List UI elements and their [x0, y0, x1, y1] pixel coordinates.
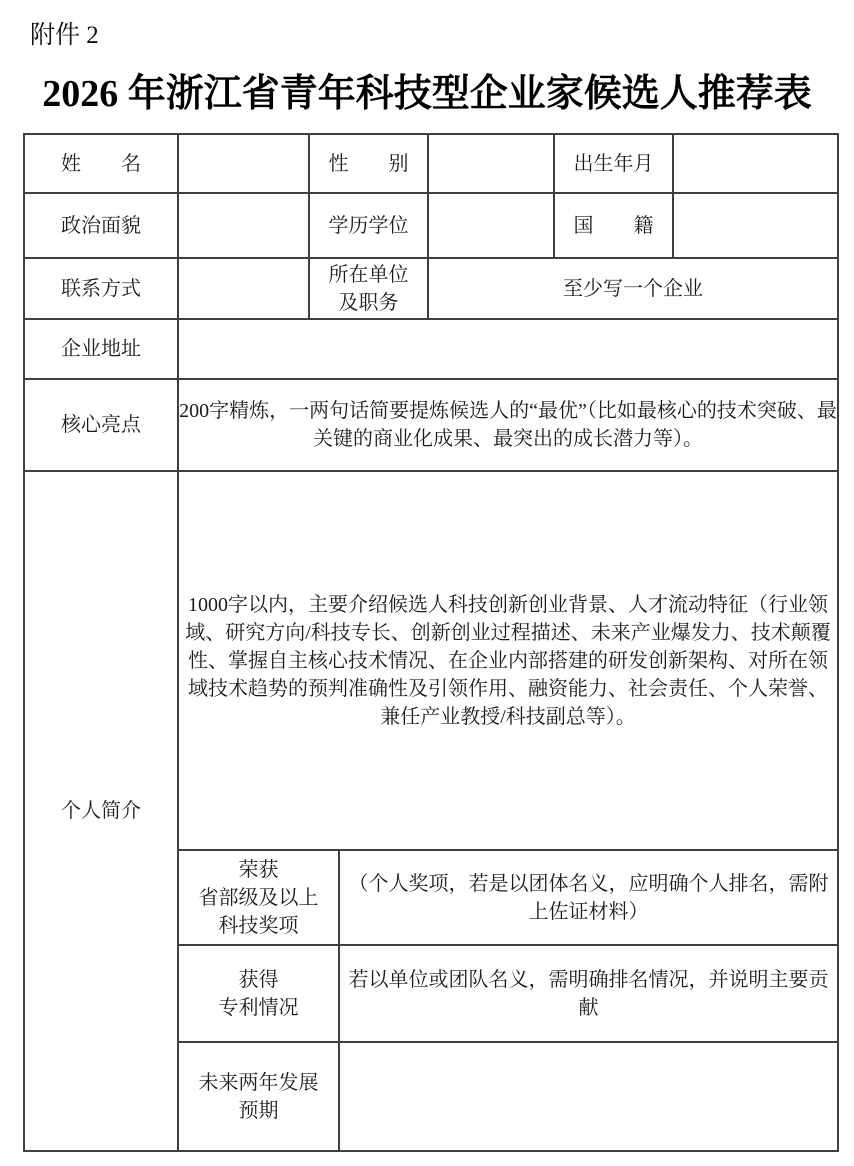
- nationality-label: 国 籍: [554, 193, 673, 258]
- political-status-field[interactable]: [178, 193, 309, 258]
- profile-sub-table: 1000字以内，主要介绍候选人科技创新创业背景、人才流动特征（行业领域、研究方向…: [179, 472, 837, 1150]
- table-row: 姓 名 性 别 出生年月: [24, 134, 838, 193]
- attachment-label: 附件 2: [30, 20, 99, 52]
- education-degree-field[interactable]: [428, 193, 554, 258]
- company-address-label: 企业地址: [24, 319, 178, 379]
- page-title: 2026 年浙江省青年科技型企业家候选人推荐表: [0, 70, 854, 119]
- name-label: 姓 名: [24, 134, 178, 193]
- table-row: 联系方式 所在单位 及职务 至少写一个企业: [24, 258, 838, 319]
- core-highlights-field[interactable]: 200字精炼，一两句话简要提炼候选人的“最优”（比如最核心的技术突破、最关键的商…: [178, 379, 838, 471]
- awards-label: 荣获 省部级及以上 科技奖项: [179, 850, 339, 945]
- profile-label: 个人简介: [24, 471, 178, 1151]
- birth-date-field[interactable]: [673, 134, 838, 193]
- recommendation-form-table: 姓 名 性 别 出生年月 政治面貌 学历学位 国 籍 联系方式 所在单位 及职务…: [23, 133, 839, 1152]
- gender-label: 性 别: [309, 134, 428, 193]
- nationality-field[interactable]: [673, 193, 838, 258]
- table-row: 企业地址: [24, 319, 838, 379]
- patents-label: 获得 专利情况: [179, 945, 339, 1042]
- company-address-field[interactable]: [178, 319, 838, 379]
- profile-intro-field[interactable]: 1000字以内，主要介绍候选人科技创新创业背景、人才流动特征（行业领域、研究方向…: [179, 472, 837, 850]
- table-row: 1000字以内，主要介绍候选人科技创新创业背景、人才流动特征（行业领域、研究方向…: [179, 472, 837, 850]
- table-row: 核心亮点 200字精炼，一两句话简要提炼候选人的“最优”（比如最核心的技术突破、…: [24, 379, 838, 471]
- table-row: 获得 专利情况 若以单位或团队名义，需明确排名情况，并说明主要贡献: [179, 945, 837, 1042]
- name-field[interactable]: [178, 134, 309, 193]
- patents-field[interactable]: 若以单位或团队名义，需明确排名情况，并说明主要贡献: [339, 945, 837, 1042]
- work-unit-label: 所在单位 及职务: [309, 258, 428, 319]
- table-row: 个人简介 1000字以内，主要介绍候选人科技创新创业背景、人才流动特征（行业领域…: [24, 471, 838, 1151]
- table-row: 荣获 省部级及以上 科技奖项 （个人奖项，若是以团体名义，应明确个人排名，需附上…: [179, 850, 837, 945]
- contact-label: 联系方式: [24, 258, 178, 319]
- work-unit-field[interactable]: 至少写一个企业: [428, 258, 838, 319]
- political-status-label: 政治面貌: [24, 193, 178, 258]
- awards-field[interactable]: （个人奖项，若是以团体名义，应明确个人排名，需附上佐证材料）: [339, 850, 837, 945]
- birth-date-label: 出生年月: [554, 134, 673, 193]
- future-plan-field[interactable]: [339, 1042, 837, 1150]
- contact-field[interactable]: [178, 258, 309, 319]
- document-page: 附件 2 2026 年浙江省青年科技型企业家候选人推荐表 姓 名 性 别 出生年…: [0, 0, 854, 1166]
- gender-field[interactable]: [428, 134, 554, 193]
- core-highlights-label: 核心亮点: [24, 379, 178, 471]
- profile-section: 1000字以内，主要介绍候选人科技创新创业背景、人才流动特征（行业领域、研究方向…: [178, 471, 838, 1151]
- table-row: 政治面貌 学历学位 国 籍: [24, 193, 838, 258]
- future-plan-label: 未来两年发展 预期: [179, 1042, 339, 1150]
- table-row: 未来两年发展 预期: [179, 1042, 837, 1150]
- education-degree-label: 学历学位: [309, 193, 428, 258]
